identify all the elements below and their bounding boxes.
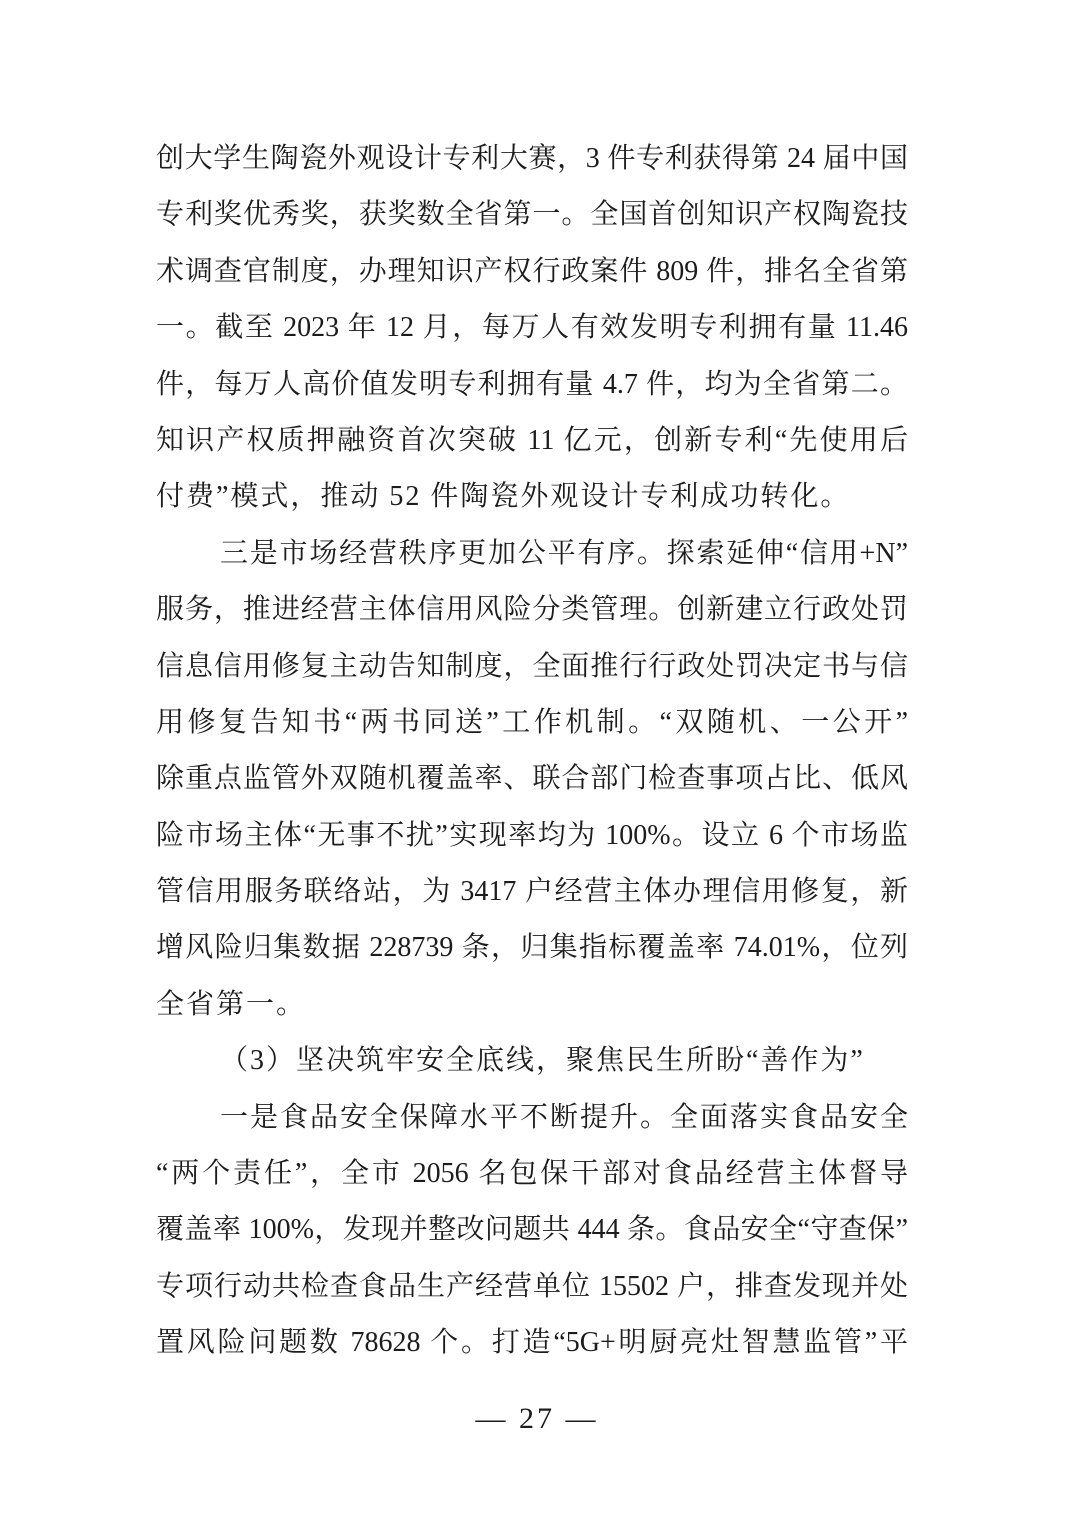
document-line: 件，每万人高价值发明专利拥有量 4.7 件，均为全省第二。 — [156, 357, 908, 413]
document-page: 创大学生陶瓷外观设计专利大赛，3 件专利获得第 24 届中国专利奖优秀奖，获奖数… — [0, 0, 1074, 1520]
document-line: 用修复告知书“两书同送”工作机制。“双随机、一公开” — [156, 695, 908, 751]
document-line: 服务，推进经营主体信用风险分类管理。创新建立行政处罚 — [156, 582, 908, 638]
document-line: （3）坚决筑牢安全底线，聚焦民生所盼“善作为” — [156, 1033, 908, 1089]
document-line: 覆盖率 100%，发现并整改问题共 444 条。食品安全“守查保” — [156, 1202, 908, 1258]
document-line: 全省第一。 — [156, 977, 908, 1033]
document-line: 信息信用修复主动告知制度，全面推行行政处罚决定书与信 — [156, 639, 908, 695]
document-line: 一是食品安全保障水平不断提升。全面落实食品安全 — [156, 1090, 908, 1146]
document-line: 增风险归集数据 228739 条，归集指标覆盖率 74.01%，位列 — [156, 920, 908, 976]
document-line: 知识产权质押融资首次突破 11 亿元，创新专利“先使用后 — [156, 413, 908, 469]
document-line: 置风险问题数 78628 个。打造“5G+明厨亮灶智慧监管”平 — [156, 1315, 908, 1371]
document-line: 除重点监管外双随机覆盖率、联合部门检查事项占比、低风 — [156, 751, 908, 807]
document-line: 三是市场经营秩序更加公平有序。探索延伸“信用+N” — [156, 526, 908, 582]
document-line: 术调查官制度，办理知识产权行政案件 809 件，排名全省第 — [156, 244, 908, 300]
document-line: 付费”模式，推动 52 件陶瓷外观设计专利成功转化。 — [156, 469, 908, 525]
document-line: 专项行动共检查食品生产经营单位 15502 户，排查发现并处 — [156, 1259, 908, 1315]
document-line: 险市场主体“无事不扰”实现率均为 100%。设立 6 个市场监 — [156, 808, 908, 864]
document-line: 管信用服务联络站，为 3417 户经营主体办理信用修复，新 — [156, 864, 908, 920]
page-number: — 27 — — [0, 1402, 1074, 1436]
document-line: “两个责任”，全市 2056 名包保干部对食品经营主体督导 — [156, 1146, 908, 1202]
text-block: 创大学生陶瓷外观设计专利大赛，3 件专利获得第 24 届中国专利奖优秀奖，获奖数… — [156, 131, 908, 1372]
document-line: 专利奖优秀奖，获奖数全省第一。全国首创知识产权陶瓷技 — [156, 187, 908, 243]
document-line: 创大学生陶瓷外观设计专利大赛，3 件专利获得第 24 届中国 — [156, 131, 908, 187]
document-line: 一。截至 2023 年 12 月，每万人有效发明专利拥有量 11.46 — [156, 300, 908, 356]
